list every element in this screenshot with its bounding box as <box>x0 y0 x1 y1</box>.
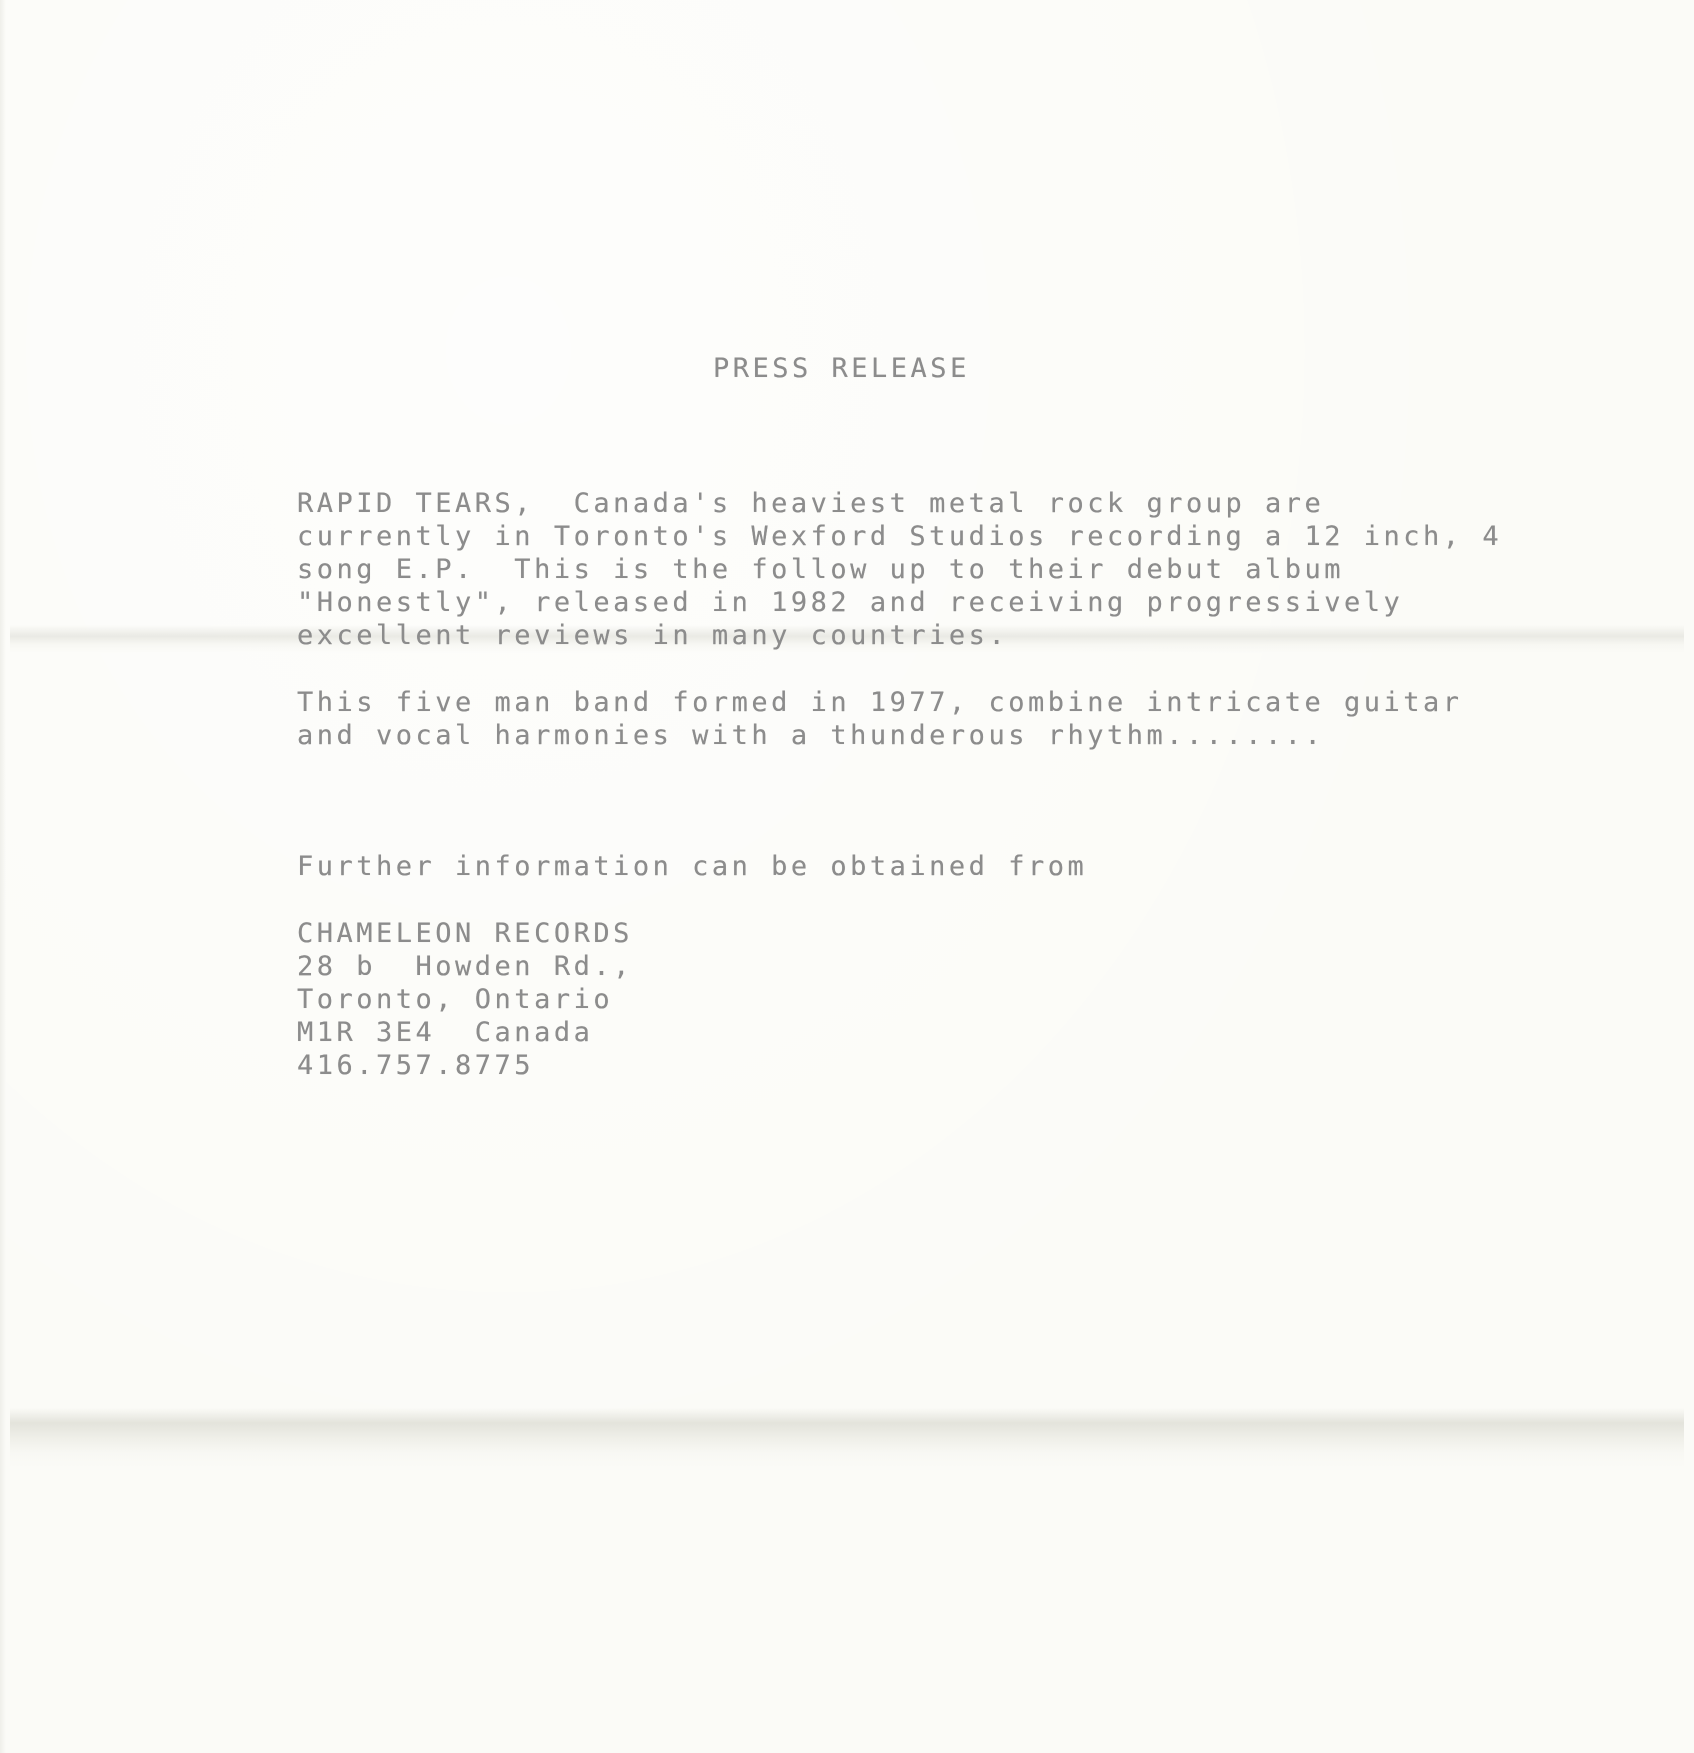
paragraph-line: and vocal harmonies with a thunderous rh… <box>297 719 1463 752</box>
paragraph-line: This five man band formed in 1977, combi… <box>297 686 1463 719</box>
paper-sheet: PRESS RELEASE RAPID TEARS, Canada's heav… <box>0 0 1694 1753</box>
contact-postal: M1R 3E4 Canada <box>297 1016 633 1049</box>
document-title: PRESS RELEASE <box>713 352 970 385</box>
contact-block: CHAMELEON RECORDS28 b Howden Rd.,Toronto… <box>297 917 633 1082</box>
contact-city: Toronto, Ontario <box>297 983 633 1016</box>
paragraph-line: currently in Toronto's Wexford Studios r… <box>297 520 1502 553</box>
paper-fold-crease <box>10 1408 1684 1468</box>
paragraph-line: RAPID TEARS, Canada's heaviest metal roc… <box>297 487 1502 520</box>
body-paragraph-1: RAPID TEARS, Canada's heaviest metal roc… <box>297 487 1502 652</box>
further-info-text: Further information can be obtained from <box>297 850 1087 883</box>
paragraph-line: song E.P. This is the follow up to their… <box>297 553 1502 586</box>
paragraph-line: excellent reviews in many countries. <box>297 619 1502 652</box>
contact-company: CHAMELEON RECORDS <box>297 917 633 950</box>
body-paragraph-2: This five man band formed in 1977, combi… <box>297 686 1463 752</box>
contact-phone: 416.757.8775 <box>297 1049 633 1082</box>
paper-edge <box>0 0 6 1753</box>
paragraph-line: "Honestly", released in 1982 and receivi… <box>297 586 1502 619</box>
contact-street: 28 b Howden Rd., <box>297 950 633 983</box>
